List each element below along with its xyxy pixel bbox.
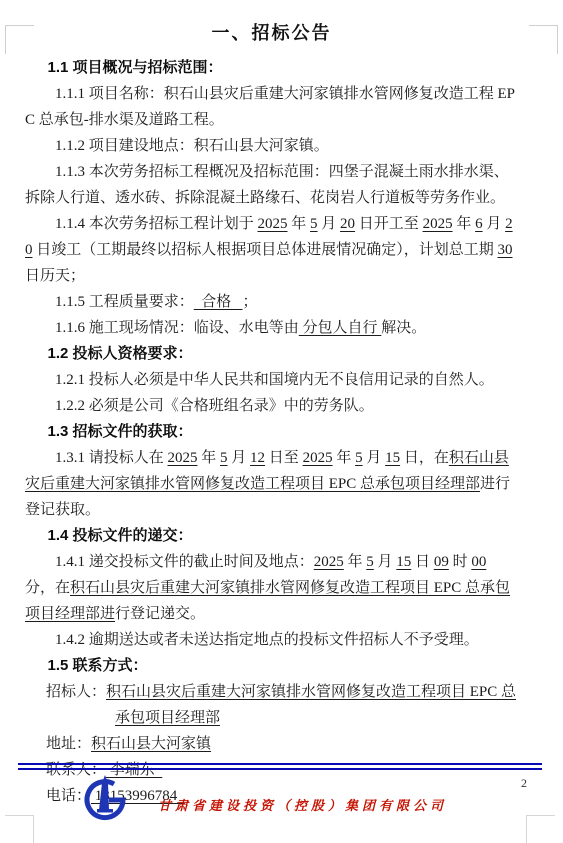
- company-name: 甘肃省建设投资（控股）集团有限公司: [158, 795, 458, 814]
- section-heading: 1.2 投标人资格要求：: [25, 341, 518, 367]
- text-run: 解决。: [381, 320, 426, 336]
- document-page: 一、招标公告 1.1 项目概况与招标范围：1.1.1 项目名称：积石山县灾后重建…: [0, 0, 563, 843]
- document-body: 1.1 项目概况与招标范围：1.1.1 项目名称：积石山县灾后重建大河家镇排水管…: [25, 55, 518, 809]
- section-heading: 1.5 联系方式：: [25, 653, 518, 679]
- paragraph: 1.1.2 项目建设地点：积石山县大河家镇。: [25, 133, 518, 159]
- paragraph: 1.2.2 必须是公司《合格班组名录》中的劳务队。: [25, 393, 518, 419]
- underlined-text: 12: [250, 450, 265, 466]
- section-heading: 1.1 项目概况与招标范围：: [25, 55, 518, 81]
- text-run: 1.1.6 施工现场情况：临设、水电等由: [55, 320, 299, 336]
- document-content: 一、招标公告 1.1 项目概况与招标范围：1.1.1 项目名称：积石山县灾后重建…: [25, 20, 518, 809]
- underlined-text: 2025: [168, 450, 198, 466]
- logo-base: [97, 809, 113, 813]
- underlined-text: 5: [366, 554, 374, 570]
- text-run: 月: [363, 450, 386, 466]
- section-heading: 1.4 投标文件的递交：: [25, 523, 518, 549]
- text-run: 1.4.2 逾期送达或者未送达指定地点的投标文件招标人不予受理。: [55, 632, 479, 648]
- text-run: 年: [198, 450, 221, 466]
- text-run: 行登记递交。: [115, 606, 205, 622]
- underlined-text: 09: [434, 554, 449, 570]
- underlined-text: 2025: [303, 450, 333, 466]
- text-run: 1.1 项目概况与招标范围：: [48, 59, 223, 76]
- paragraph: 1.4.1 递交投标文件的截止时间及地点：2025 年 5 月 15 日 09 …: [25, 549, 518, 627]
- text-run: 时: [449, 554, 472, 570]
- scan-corner-mark: [529, 25, 558, 54]
- underlined-text: 5: [310, 216, 318, 232]
- text-run: 1.2.1 投标人必须是中华人民共和国境内无不良信用记录的自然人。: [55, 372, 494, 388]
- text-run: 年: [344, 554, 367, 570]
- underlined-text: 积石山县大河家镇: [91, 736, 211, 752]
- paragraph: 1.1.5 工程质量要求： 合格 ；: [25, 289, 518, 315]
- underlined-text: 2025: [314, 554, 344, 570]
- text-run: 年: [453, 216, 476, 232]
- paragraph: 1.1.1 项目名称：积石山县灾后重建大河家镇排水管网修复改造工程 EPC 总承…: [25, 81, 518, 133]
- text-run: 1.2 投标人资格要求：: [48, 345, 193, 362]
- text-run: 分，在: [25, 580, 70, 596]
- section-heading: 1.3 招标文件的获取：: [25, 419, 518, 445]
- text-run: 日，在: [400, 450, 449, 466]
- text-run: 1.1.4 本次劳务招标工程计划于: [55, 216, 258, 232]
- underlined-text: 合格: [194, 294, 243, 310]
- text-run: 1.5 联系方式：: [48, 657, 148, 674]
- text-run: 1.4.1 递交投标文件的截止时间及地点：: [55, 554, 314, 570]
- text-run: 年: [288, 216, 311, 232]
- page-title: 一、招标公告: [25, 20, 518, 46]
- text-run: 1.1.2 项目建设地点：积石山县大河家镇。: [55, 138, 329, 154]
- underlined-text: 15: [396, 554, 411, 570]
- text-run: 日开工至: [355, 216, 423, 232]
- text-run: 年: [333, 450, 356, 466]
- page-number: 2: [521, 776, 527, 791]
- underlined-text: 20: [340, 216, 355, 232]
- footer-divider: [18, 763, 542, 770]
- text-run: 1.1.3 本次劳务招标工程概况及招标范围：四堡子混凝土雨水排水渠、拆除人行道、…: [25, 164, 509, 206]
- text-run: 月: [374, 554, 397, 570]
- underlined-text: 6: [475, 216, 483, 232]
- paragraph: 1.1.6 施工现场情况：临设、水电等由 分包人自行 解决。: [25, 315, 518, 341]
- text-run: 招标人：: [46, 684, 106, 700]
- paragraph: 地址：积石山县大河家镇: [46, 731, 518, 757]
- text-run: 日历天；: [25, 268, 85, 284]
- text-run: 日: [411, 554, 434, 570]
- underlined-text: 00: [471, 554, 486, 570]
- underlined-text: 15: [385, 450, 400, 466]
- text-run: 日至: [265, 450, 303, 466]
- underlined-text: 分包人自行: [299, 320, 382, 336]
- paragraph: 1.2.1 投标人必须是中华人民共和国境内无不良信用记录的自然人。: [25, 367, 518, 393]
- underlined-text: 5: [220, 450, 228, 466]
- underlined-text: 5: [355, 450, 363, 466]
- underlined-text: 2025: [423, 216, 453, 232]
- text-run: 月: [318, 216, 341, 232]
- paragraph: 招标人：积石山县灾后重建大河家镇排水管网修复改造工程项目 EPC 总承包项目经理…: [46, 679, 518, 731]
- text-run: 月: [483, 216, 506, 232]
- paragraph: 1.3.1 请投标人在 2025 年 5 月 12 日至 2025 年 5 月 …: [25, 445, 518, 523]
- text-run: 月: [228, 450, 251, 466]
- scan-corner-mark: [5, 815, 34, 843]
- scan-corner-mark: [526, 815, 555, 843]
- underlined-text: 2025: [258, 216, 288, 232]
- text-run: 日竣工（工期最终以招标人根据项目总体进展情况确定），计划总工期: [33, 242, 498, 258]
- paragraph: 1.1.3 本次劳务招标工程概况及招标范围：四堡子混凝土雨水排水渠、拆除人行道、…: [25, 159, 518, 211]
- paragraph: 1.4.2 逾期送达或者未送达指定地点的投标文件招标人不予受理。: [25, 627, 518, 653]
- paragraph: 1.1.4 本次劳务招标工程计划于 2025 年 5 月 20 日开工至 202…: [25, 211, 518, 289]
- text-run: 地址：: [46, 736, 91, 752]
- text-run: 1.3.1 请投标人在: [55, 450, 168, 466]
- underlined-text: 积石山县灾后重建大河家镇排水管网修复改造工程项目 EPC 总承包项目经理部: [106, 684, 516, 726]
- text-run: 1.3 招标文件的获取：: [48, 423, 193, 440]
- text-run: 1.1.1 项目名称：积石山县灾后重建大河家镇排水管网修复改造工程 EPC 总承…: [25, 86, 515, 128]
- text-run: 1.1.5 工程质量要求：: [55, 294, 194, 310]
- text-run: ；: [243, 294, 258, 310]
- text-run: 1.4 投标文件的递交：: [48, 527, 193, 544]
- text-run: 1.2.2 必须是公司《合格班组名录》中的劳务队。: [55, 398, 374, 414]
- underlined-text: 积石山县灾后重建大河家镇排水管网修复改造工程项目 EPC 总承包项目经理部进: [25, 580, 510, 622]
- underlined-text: 30: [498, 242, 513, 258]
- company-logo-icon: [82, 770, 128, 824]
